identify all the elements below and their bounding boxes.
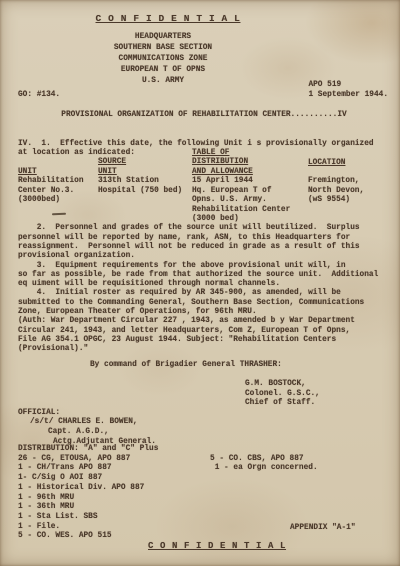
header-and-allowance: AND ALLOWANCE	[192, 168, 253, 177]
general-order-number: GO: #134.	[18, 91, 60, 101]
table-column-location: LOCATION Fremington, North Devon, (wS 95…	[308, 149, 390, 224]
organization-table: UNIT Rehabilitation Center No.3. (3000be…	[18, 149, 390, 224]
header-source-unit: UNIT	[98, 168, 117, 177]
signature-block: G.M. BOSTOCK, Colonel. G.S.C., Chief of …	[245, 380, 390, 409]
table-column-allowance: TABLE OF DISTRIBUTION AND ALLOWANCE 15 A…	[192, 149, 308, 224]
column-header-location: LOCATION	[308, 149, 390, 177]
official-label: OFFICIAL:	[18, 409, 390, 419]
cell-allowance: 15 April 1944 Hq. European T of Opns. U.…	[192, 177, 308, 224]
cell-location: Fremington, North Devon, (wS 9554)	[308, 177, 390, 205]
appendix-label: APPENDIX "A-1"	[290, 524, 356, 534]
apo-number: APO 519	[308, 81, 388, 91]
official-block: OFFICIAL: /s/t/ CHARLES E. BOWEN, Capt. …	[18, 409, 390, 447]
distribution-heading: DISTRIBUTION: "A" and "C" Plus	[18, 445, 390, 455]
classification-banner-top: C O N F I D E N T I A L	[18, 13, 318, 24]
letterhead: HEADQUARTERS SOUTHERN BASE SECTION COMMU…	[18, 32, 308, 87]
official-signed-name: /s/t/ CHARLES E. BOWEN,	[18, 418, 390, 428]
cell-unit: Rehabilitation Center No.3. (3000bed)	[18, 177, 98, 205]
classification-banner-bottom: C O N F I D E N T I A L	[148, 542, 286, 552]
header-distribution: DISTRIBUTION	[192, 158, 248, 167]
column-header-source-unit: SOURCE UNIT	[98, 149, 192, 177]
header-source: SOURCE	[98, 158, 126, 167]
signature-rank: Colonel. G.S.C.,	[245, 390, 390, 400]
by-command-line: By command of Brigadier General THRASHER…	[90, 361, 390, 371]
paragraph-2: 2. Personnel and grades of the source un…	[18, 224, 390, 261]
cell-source-unit: 313th Station Hospital (750 bed)	[98, 177, 192, 196]
signature-title: Chief of Staff.	[245, 399, 390, 409]
paragraph-4: 4. Initial roster as required by AR 345-…	[18, 289, 390, 317]
document-title: PROVISIONAL ORGANIZATION OF REHABILITATI…	[18, 111, 390, 121]
header-unit: UNIT	[18, 168, 37, 177]
apo-date-block: APO 519 1 September 1944.	[308, 81, 388, 100]
order-date: 1 September 1944.	[308, 91, 388, 101]
paragraph-3: 3. Equipment requirements for the above …	[18, 262, 390, 290]
distribution-list: 26 - CG, ETOUSA, APO 887 1 - CH/Trans AP…	[18, 455, 390, 542]
header-location: LOCATION	[308, 159, 345, 168]
paragraph-authority: (Auth: War Department Circular 227 , 194…	[18, 317, 390, 354]
column-header-allowance: TABLE OF DISTRIBUTION AND ALLOWANCE	[192, 149, 308, 177]
order-meta-row: GO: #134. APO 519 1 September 1944.	[18, 81, 390, 100]
signature-name: G.M. BOSTOCK,	[245, 380, 390, 390]
table-column-source-unit: SOURCE UNIT 313th Station Hospital (750 …	[98, 149, 192, 224]
document-page: C O N F I D E N T I A L HEADQUARTERS SOU…	[0, 0, 400, 566]
distribution-right-column: 5 - CO. CBS, APO 887 1 - ea Orgn concern…	[210, 455, 318, 474]
column-header-unit: UNIT	[18, 149, 98, 177]
official-rank: Capt. A.G.D.,	[18, 428, 390, 438]
